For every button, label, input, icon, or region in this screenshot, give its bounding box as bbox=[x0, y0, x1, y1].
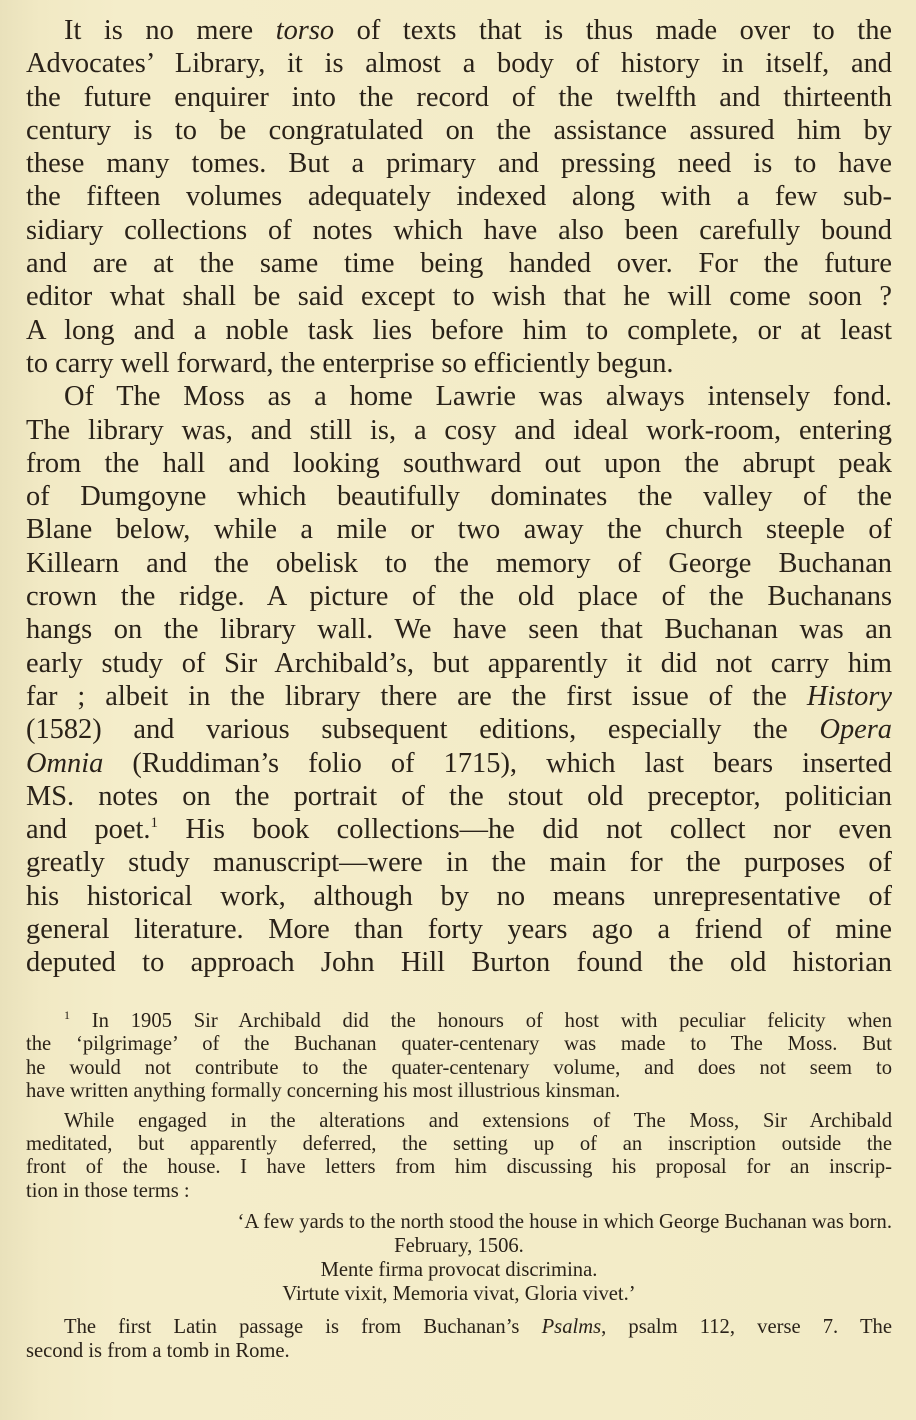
text-line: he would not contribute to the quater-ce… bbox=[26, 1057, 892, 1080]
text-line: have written anything formally concernin… bbox=[26, 1080, 892, 1103]
text-line: the fifteen volumes adequately indexed a… bbox=[26, 180, 892, 213]
text-line: far ; albeit in the library there are th… bbox=[26, 680, 892, 713]
text-segment: of texts that is thus made over to the bbox=[334, 15, 892, 46]
text-line: While engaged in the alterations and ext… bbox=[26, 1110, 892, 1133]
text-line: his historical work, although by no mean… bbox=[26, 880, 892, 913]
text-line: second is from a tomb in Rome. bbox=[26, 1340, 892, 1363]
inscription-quote: ‘A few yards to the north stood the hous… bbox=[26, 1211, 892, 1306]
text-line: A long and a noble task lies before him … bbox=[26, 314, 892, 347]
italic-title: History bbox=[807, 681, 892, 712]
italic-title: Psalms bbox=[542, 1316, 602, 1338]
text-line: and poet.1 His book collections—he did n… bbox=[26, 813, 892, 846]
text-line: meditated, but apparently deferred, the … bbox=[26, 1133, 892, 1156]
text-line: these many tomes. But a primary and pres… bbox=[26, 147, 892, 180]
text-line: century is to be congratulated on the as… bbox=[26, 114, 892, 147]
text-line: general literature. More than forty year… bbox=[26, 913, 892, 946]
footnote-marker: 1 bbox=[64, 1008, 70, 1022]
quote-line: February, 1506. bbox=[26, 1235, 892, 1259]
text-line: The library was, and still is, a cosy an… bbox=[26, 414, 892, 447]
paragraph-2: Of The Moss as a home Lawrie was always … bbox=[26, 380, 892, 979]
footnote-1-continued: While engaged in the alterations and ext… bbox=[26, 1110, 892, 1204]
text-line: front of the house. I have letters from … bbox=[26, 1156, 892, 1179]
text-line: 1 In 1905 Sir Archibald did the honours … bbox=[26, 1010, 892, 1033]
text-line: of Dumgoyne which beautifully dominates … bbox=[26, 480, 892, 513]
text-line: It is no mere torso of texts that is thu… bbox=[26, 14, 892, 47]
quote-line: Virtute vixit, Memoria vivat, Gloria viv… bbox=[26, 1283, 892, 1307]
text-line: Advocates’ Library, it is almost a body … bbox=[26, 47, 892, 80]
text-line: the ‘pilgrimage’ of the Buchanan quater-… bbox=[26, 1033, 892, 1056]
text-segment: It is no mere bbox=[64, 15, 276, 46]
main-text: It is no mere torso of texts that is thu… bbox=[26, 14, 892, 980]
text-segment: In 1905 Sir Archibald did the honours of… bbox=[92, 1010, 892, 1032]
text-line: from the hall and looking southward out … bbox=[26, 447, 892, 480]
text-line: the future enquirer into the record of t… bbox=[26, 81, 892, 114]
text-segment: His book collections—he did not collect … bbox=[158, 814, 892, 845]
footnotes: 1 In 1905 Sir Archibald did the honours … bbox=[26, 1010, 892, 1363]
text-line: Killearn and the obelisk to the memory o… bbox=[26, 547, 892, 580]
text-line: to carry well forward, the enterprise so… bbox=[26, 347, 892, 380]
text-line: Blane below, while a mile or two away th… bbox=[26, 513, 892, 546]
text-segment: and poet. bbox=[26, 814, 150, 845]
text-line: and are at the same time being handed ov… bbox=[26, 247, 892, 280]
text-line: The first Latin passage is from Buchanan… bbox=[26, 1316, 892, 1339]
text-line: Omnia (Ruddiman’s folio of 1715), which … bbox=[26, 747, 892, 780]
footnote-source-note: The first Latin passage is from Buchanan… bbox=[26, 1316, 892, 1363]
text-line: hangs on the library wall. We have seen … bbox=[26, 613, 892, 646]
italic-title: Omnia bbox=[26, 748, 103, 779]
quote-line: Mente firma provocat discrimina. bbox=[26, 1259, 892, 1283]
italic-term: torso bbox=[276, 15, 334, 46]
text-line: MS. notes on the portrait of the stout o… bbox=[26, 780, 892, 813]
text-line: deputed to approach John Hill Burton fou… bbox=[26, 946, 892, 979]
text-line: tion in those terms : bbox=[26, 1180, 892, 1203]
text-line: sidiary collections of notes which have … bbox=[26, 214, 892, 247]
text-line: (1582) and various subsequent editions, … bbox=[26, 713, 892, 746]
text-segment: (Ruddiman’s folio of 1715), which last b… bbox=[103, 748, 892, 779]
text-segment: , psalm 112, verse 7. The bbox=[601, 1316, 892, 1338]
text-line: greatly study manuscript—were in the mai… bbox=[26, 846, 892, 879]
footnote-1: 1 In 1905 Sir Archibald did the honours … bbox=[26, 1010, 892, 1104]
italic-title: Opera bbox=[819, 714, 892, 745]
paragraph-1: It is no mere torso of texts that is thu… bbox=[26, 14, 892, 380]
text-line: Of The Moss as a home Lawrie was always … bbox=[26, 380, 892, 413]
text-segment: far ; albeit in the library there are th… bbox=[26, 681, 807, 712]
text-segment: (1582) and various subsequent editions, … bbox=[26, 714, 819, 745]
text-line: editor what shall be said except to wish… bbox=[26, 280, 892, 313]
text-segment: The first Latin passage is from Buchanan… bbox=[64, 1316, 542, 1338]
quote-line: ‘A few yards to the north stood the hous… bbox=[26, 1211, 892, 1235]
text-line: crown the ridge. A picture of the old pl… bbox=[26, 580, 892, 613]
footnote-reference[interactable]: 1 bbox=[150, 815, 158, 831]
text-line: early study of Sir Archibald’s, but appa… bbox=[26, 647, 892, 680]
book-page: It is no mere torso of texts that is thu… bbox=[0, 0, 916, 1420]
